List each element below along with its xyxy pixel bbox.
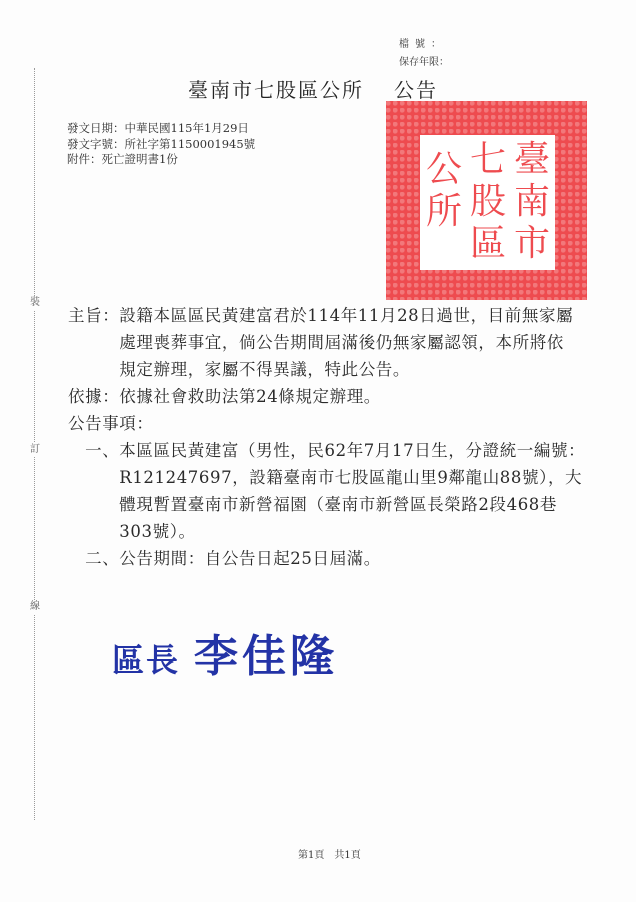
page-title: 臺南市七股區公所公告 [188, 74, 438, 103]
page-number: 第1頁 [298, 850, 324, 861]
retention-period-label: 保存年限： [399, 54, 449, 72]
item1-line-3: 體現暫置臺南市新營福園（臺南市新營區長榮路2段468巷 [68, 491, 557, 515]
archive-number-label: 檔號： [399, 36, 449, 54]
seal-column-2: 七股區 [468, 139, 508, 265]
item1-line-1: 一、本區區民黃建富（男性，民62年7月17日生，分證統一編號： [68, 437, 585, 461]
seal-column-3: 公所 [424, 149, 464, 233]
file-meta: 檔號： 保存年限： [399, 36, 449, 72]
item1-line-2: R121247697，設籍臺南市七股區龍山里9鄰龍山88號），大 [68, 464, 582, 488]
document-meta: 發文日期：中華民國115年1月29日 發文字號：所社字第1150001945號 … [67, 121, 255, 168]
seal-inner: 臺南市 七股區 公所 [420, 135, 555, 270]
basis: 依據：依據社會救助法第24條規定辦理。 [68, 383, 381, 407]
page-total: 共1頁 [334, 850, 360, 861]
doc-type: 公告 [394, 78, 438, 102]
signature-name: 李佳隆 [194, 631, 338, 682]
page-footer: 第1頁共1頁 [298, 846, 361, 861]
seal-column-1: 臺南市 [512, 139, 552, 265]
binding-label-xian: 線 [27, 600, 43, 614]
binding-label-ding: 訂 [27, 443, 43, 457]
org-name: 臺南市七股區公所 [188, 78, 364, 102]
subject-line-2: 處理喪葬事宜，倘公告期間屆滿後仍無家屬認領，本所將依 [68, 329, 564, 353]
item2: 二、公告期間：自公告日起25日屆滿。 [68, 545, 381, 569]
binding-label-zhuang: 裝 [27, 296, 43, 310]
subject-line-3: 規定辦理，家屬不得異議，特此公告。 [68, 356, 410, 380]
official-seal: 臺南市 七股區 公所 [386, 101, 587, 300]
subject-line-1: 主旨：設籍本區區民黃建富君於114年11月28日過世，目前無家屬 [68, 302, 573, 326]
issue-date: 發文日期：中華民國115年1月29日 [67, 121, 255, 137]
issue-number: 發文字號：所社字第1150001945號 [67, 137, 255, 153]
signature-title: 區長 [112, 641, 180, 679]
attachment: 附件：死亡證明書1份 [67, 152, 255, 168]
item1-line-4: 303號）。 [68, 518, 196, 542]
signature-stamp: 區長李佳隆 [112, 620, 338, 684]
items-heading: 公告事項： [68, 410, 154, 434]
